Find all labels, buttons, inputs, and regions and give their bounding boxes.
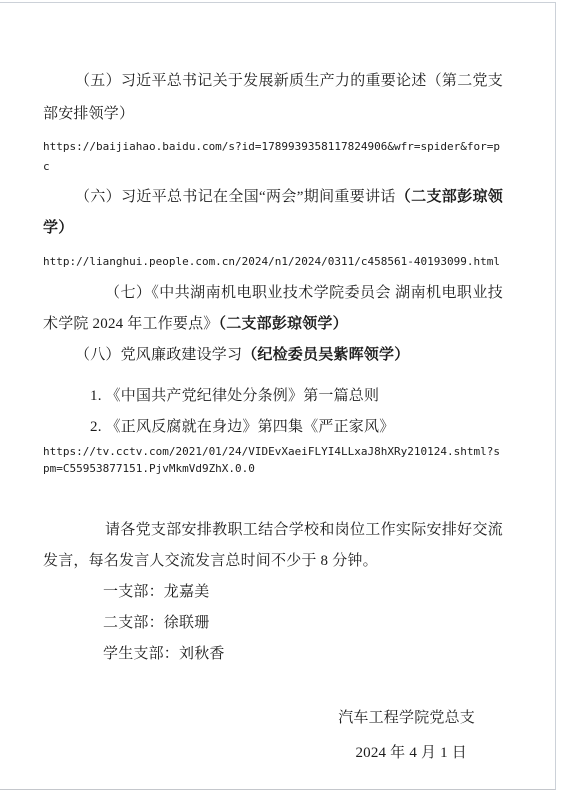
item-6-text: （六）习近平总书记在全国“两会”期间重要讲话 (75, 189, 396, 205)
signature-block: 汽车工程学院党总支 2024 年 4 月 1 日 (43, 702, 503, 771)
item-8-leader-label: （纪检委员吴紫晖领学） (242, 347, 409, 363)
item-5-url: https://baijiahao.baidu.com/s?id=1789939… (43, 137, 502, 177)
branch-2-speaker: 二支部：徐联珊 (43, 608, 503, 639)
item-7-paragraph: （七）《中共湖南机电职业技术学院委员会 湖南机电职业技术学院 2024 年工作要… (43, 278, 503, 340)
sub-item-1: 1. 《中国共产党纪律处分条例》第一篇总则 (43, 381, 503, 412)
notice-paragraph: 请各党支部安排教职工结合学校和岗位工作实际安排好交流发言，每名发言人交流发言总时… (43, 515, 503, 577)
item-8-paragraph: （八）党风廉政建设学习（纪检委员吴紫晖领学） (43, 340, 503, 371)
document-content: （五）习近平总书记关于发展新质生产力的重要论述（第二党支部安排领学） https… (0, 3, 503, 771)
item-7-leader-label: （二支部彭琼领学） (219, 316, 348, 332)
item-5-paragraph: （五）习近平总书记关于发展新质生产力的重要论述（第二党支部安排领学） (43, 65, 503, 131)
item-8-text: （八）党风廉政建设学习 (75, 347, 242, 363)
sub-item-2: 2. 《正风反腐就在身边》第四集《严正家风》 (43, 412, 503, 443)
document-page: （五）习近平总书记关于发展新质生产力的重要论述（第二党支部安排领学） https… (0, 2, 556, 790)
branch-1-speaker: 一支部：龙嘉美 (43, 577, 503, 608)
signature-date: 2024 年 4 月 1 日 (43, 735, 503, 771)
sub-item-2-url: https://tv.cctv.com/2021/01/24/VIDEvXaei… (43, 443, 502, 477)
signature-org: 汽车工程学院党总支 (43, 702, 503, 735)
branch-3-speaker: 学生支部：刘秋香 (43, 639, 503, 670)
item-6-url: http://lianghui.people.com.cn/2024/n1/20… (43, 252, 502, 272)
item-6-paragraph: （六）习近平总书记在全国“两会”期间重要讲话（二支部彭琼领学） (43, 182, 503, 244)
